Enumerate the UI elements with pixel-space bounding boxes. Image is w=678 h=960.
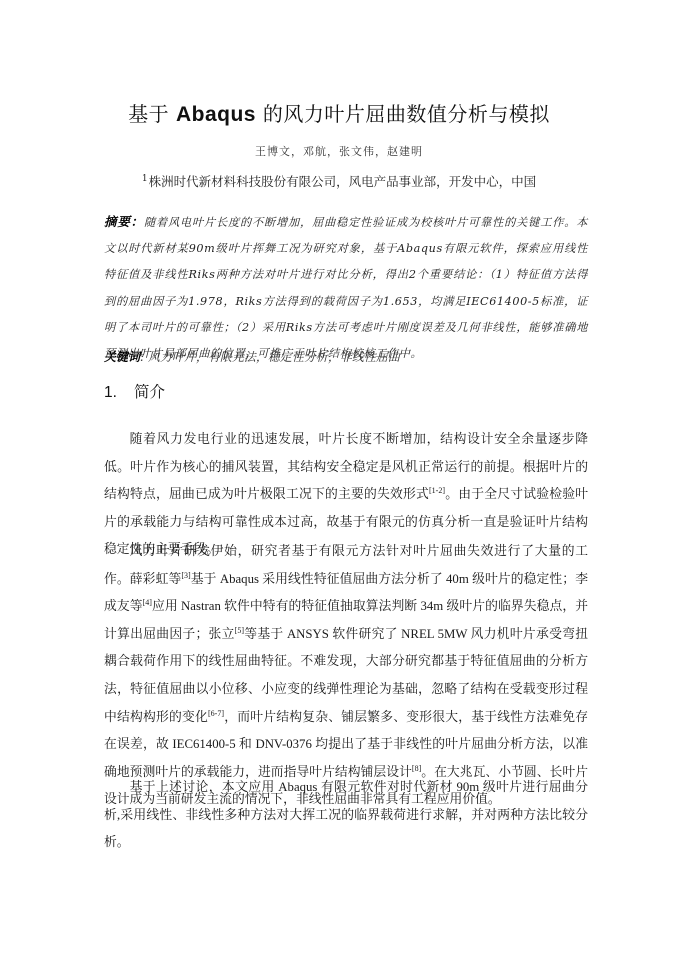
paragraph: 风力叶片研发伊始，研究者基于有限元方法针对叶片屈曲失效进行了大量的工作。薛彩虹等…	[104, 538, 588, 814]
citation-ref: [3]	[181, 571, 190, 580]
citation-ref: [8]	[412, 764, 421, 773]
abstract: 摘要：随着风电叶片长度的不断增加，屈曲稳定性验证成为校核叶片可靠性的关键工作。本…	[104, 209, 588, 367]
citation-ref: [4]	[143, 598, 152, 607]
keywords: 关键词: 风力叶片，有限元法，稳定性分析，非线性屈曲	[104, 348, 588, 365]
title-latin: Abaqus	[176, 103, 256, 126]
citation-ref: [1-2]	[429, 486, 445, 495]
affiliation: 1株洲时代新材料科技股份有限公司，风电产品事业部，开发中心，中国	[0, 172, 678, 190]
affiliation-mark: 1	[142, 174, 148, 184]
section-heading: 1.简介	[104, 380, 165, 402]
affiliation-text: 株洲时代新材料科技股份有限公司，风电产品事业部，开发中心，中国	[149, 174, 537, 189]
keywords-text: : 风力叶片，有限元法，稳定性分析，非线性屈曲	[140, 350, 400, 364]
keywords-label: 关键词	[104, 350, 140, 364]
body-paragraph-2: 风力叶片研发伊始，研究者基于有限元方法针对叶片屈曲失效进行了大量的工作。薛彩虹等…	[104, 538, 588, 814]
abstract-label: 摘要：	[104, 214, 144, 229]
citation-ref: [5]	[235, 626, 244, 635]
author-list: 王博文，邓航，张文伟，赵建明	[0, 143, 678, 159]
body-paragraph-3: 基于上述讨论，本文应用 Abaqus 有限元软件对时代新材 90m 级叶片进行屈…	[104, 774, 588, 857]
title-prefix: 基于	[128, 102, 176, 126]
section-number: 1.	[104, 384, 134, 402]
paper-page: 基于 Abaqus 的风力叶片屈曲数值分析与模拟 王博文，邓航，张文伟，赵建明 …	[0, 0, 678, 960]
title-suffix: 的风力叶片屈曲数值分析与模拟	[256, 102, 550, 126]
paragraph: 基于上述讨论，本文应用 Abaqus 有限元软件对时代新材 90m 级叶片进行屈…	[104, 774, 588, 857]
abstract-text: 随着风电叶片长度的不断增加，屈曲稳定性验证成为校核叶片可靠性的关键工作。本文以时…	[104, 216, 588, 360]
paper-title: 基于 Abaqus 的风力叶片屈曲数值分析与模拟	[0, 98, 678, 127]
paragraph-text: 基于上述讨论，本文应用 Abaqus 有限元软件对时代新材 90m 级叶片进行屈…	[104, 780, 588, 849]
citation-ref: [6-7]	[208, 709, 224, 718]
section-title: 简介	[134, 384, 165, 401]
